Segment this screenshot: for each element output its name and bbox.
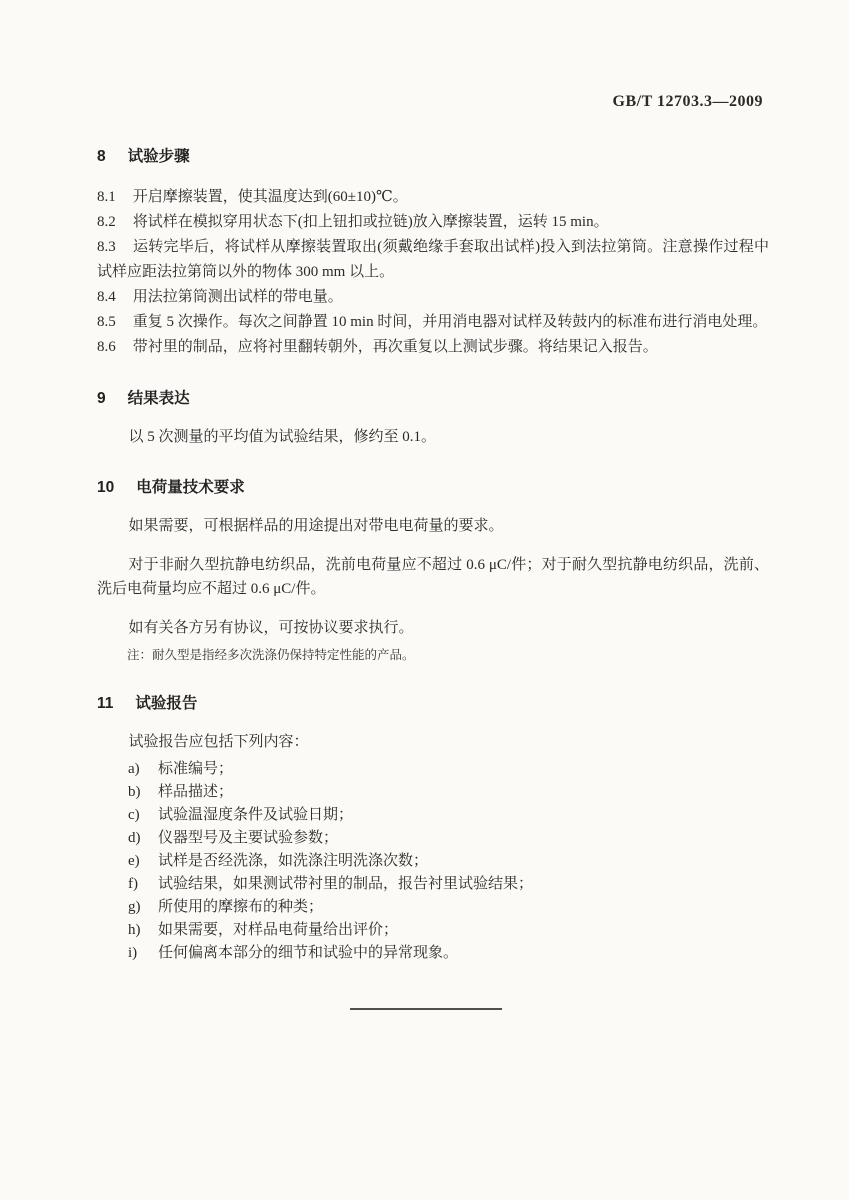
report-item-i-label: i) <box>128 942 158 965</box>
section-10-paragraph-1: 如果需要，可根据样品的用途提出对带电电荷量的要求。 <box>97 514 769 538</box>
report-item-i-text: 任何偏离本部分的细节和试验中的异常现象。 <box>158 942 458 965</box>
section-10-number: 10 <box>97 479 114 497</box>
report-item-b-label: b) <box>128 781 158 804</box>
clause-8-6-text: 带衬里的制品，应将衬里翻转朝外，再次重复以上测试步骤。将结果记入报告。 <box>133 339 658 355</box>
report-item-h: h)如果需要，对样品电荷量给出评价； <box>97 919 769 942</box>
clause-8-5: 8.5重复 5 次操作。每次之间静置 10 min 时间，并用消电器对试样及转鼓… <box>97 310 769 335</box>
section-9-body: 以 5 次测量的平均值为试验结果，修约至 0.1。 <box>97 425 769 449</box>
report-item-i: i)任何偏离本部分的细节和试验中的异常现象。 <box>97 942 769 965</box>
report-item-a-label: a) <box>128 758 158 781</box>
clause-8-3: 8.3运转完毕后，将试样从摩擦装置取出(须戴绝缘手套取出试样)投入到法拉第筒。注… <box>97 235 769 285</box>
clause-8-2-text: 将试样在模拟穿用状态下(扣上钮扣或拉链)放入摩擦装置，运转 15 min。 <box>133 214 609 230</box>
section-8-title: 试验步骤 <box>128 144 190 166</box>
report-intro: 试验报告应包括下列内容： <box>97 730 769 754</box>
clause-8-3-number: 8.3 <box>97 235 116 260</box>
clause-8-6-number: 8.6 <box>97 335 116 360</box>
section-8-number: 8 <box>97 148 106 166</box>
report-item-f-label: f) <box>128 873 158 896</box>
section-8-heading: 8 试验步骤 <box>97 144 769 166</box>
report-item-a-text: 标准编号； <box>158 758 233 781</box>
section-9-number: 9 <box>97 390 106 408</box>
section-10-title: 电荷量技术要求 <box>136 475 245 497</box>
page-content: GB/T 12703.3—2009 8 试验步骤 8.1开启摩擦装置，使其温度达… <box>97 93 769 1010</box>
section-10-note: 注：耐久型是指经多次洗涤仍保持特定性能的产品。 <box>97 645 769 665</box>
standard-number-header: GB/T 12703.3—2009 <box>97 93 769 111</box>
clause-8-1-text: 开启摩擦装置，使其温度达到(60±10)℃。 <box>133 189 408 205</box>
clause-8-6: 8.6带衬里的制品，应将衬里翻转朝外，再次重复以上测试步骤。将结果记入报告。 <box>97 335 769 360</box>
report-item-d: d)仪器型号及主要试验参数； <box>97 827 769 850</box>
clause-8-5-text: 重复 5 次操作。每次之间静置 10 min 时间，并用消电器对试样及转鼓内的标… <box>133 314 768 330</box>
clause-8-3-text: 运转完毕后，将试样从摩擦装置取出(须戴绝缘手套取出试样)投入到法拉第筒。注意操作… <box>97 239 769 280</box>
section-9-heading: 9 结果表达 <box>97 386 769 408</box>
report-item-list: a)标准编号； b)样品描述； c)试验温湿度条件及试验日期； d)仪器型号及主… <box>97 758 769 965</box>
clause-8-4-number: 8.4 <box>97 285 116 310</box>
section-10-paragraph-3: 如有关各方另有协议，可按协议要求执行。 <box>97 616 769 640</box>
report-item-d-text: 仪器型号及主要试验参数； <box>158 827 338 850</box>
report-item-c-text: 试验温湿度条件及试验日期； <box>158 804 353 827</box>
report-item-g-label: g) <box>128 896 158 919</box>
section-10-heading: 10 电荷量技术要求 <box>97 475 769 497</box>
section-11-number: 11 <box>97 695 113 713</box>
section-11-heading: 11 试验报告 <box>97 691 769 713</box>
report-item-f: f)试验结果，如果测试带衬里的制品，报告衬里试验结果； <box>97 873 769 896</box>
section-9-title: 结果表达 <box>128 386 190 408</box>
clause-8-2: 8.2将试样在模拟穿用状态下(扣上钮扣或拉链)放入摩擦装置，运转 15 min。 <box>97 210 769 235</box>
clause-8-1: 8.1开启摩擦装置，使其温度达到(60±10)℃。 <box>97 185 769 210</box>
clause-8-5-number: 8.5 <box>97 310 116 335</box>
clause-8-4-text: 用法拉第筒测出试样的带电量。 <box>133 289 343 305</box>
report-item-c: c)试验温湿度条件及试验日期； <box>97 804 769 827</box>
report-item-e-text: 试样是否经洗涤，如洗涤注明洗涤次数； <box>158 850 428 873</box>
document-page: GB/T 12703.3—2009 8 试验步骤 8.1开启摩擦装置，使其温度达… <box>0 0 849 1200</box>
report-item-c-label: c) <box>128 804 158 827</box>
report-item-b: b)样品描述； <box>97 781 769 804</box>
report-item-d-label: d) <box>128 827 158 850</box>
report-item-e-label: e) <box>128 850 158 873</box>
section-8-clauses: 8.1开启摩擦装置，使其温度达到(60±10)℃。 8.2将试样在模拟穿用状态下… <box>97 185 769 360</box>
report-item-g: g)所使用的摩擦布的种类； <box>97 896 769 919</box>
report-item-g-text: 所使用的摩擦布的种类； <box>158 896 323 919</box>
report-item-h-label: h) <box>128 919 158 942</box>
end-of-document-rule <box>350 1008 502 1010</box>
clause-8-2-number: 8.2 <box>97 210 116 235</box>
report-item-h-text: 如果需要，对样品电荷量给出评价； <box>158 919 398 942</box>
clause-8-4: 8.4用法拉第筒测出试样的带电量。 <box>97 285 769 310</box>
section-10-paragraph-2: 对于非耐久型抗静电纺织品，洗前电荷量应不超过 0.6 μC/件；对于耐久型抗静电… <box>97 553 769 601</box>
report-item-e: e)试样是否经洗涤，如洗涤注明洗涤次数； <box>97 850 769 873</box>
report-item-b-text: 样品描述； <box>158 781 233 804</box>
report-item-a: a)标准编号； <box>97 758 769 781</box>
section-11-title: 试验报告 <box>135 691 197 713</box>
clause-8-1-number: 8.1 <box>97 185 116 210</box>
report-item-f-text: 试验结果，如果测试带衬里的制品，报告衬里试验结果； <box>158 873 533 896</box>
